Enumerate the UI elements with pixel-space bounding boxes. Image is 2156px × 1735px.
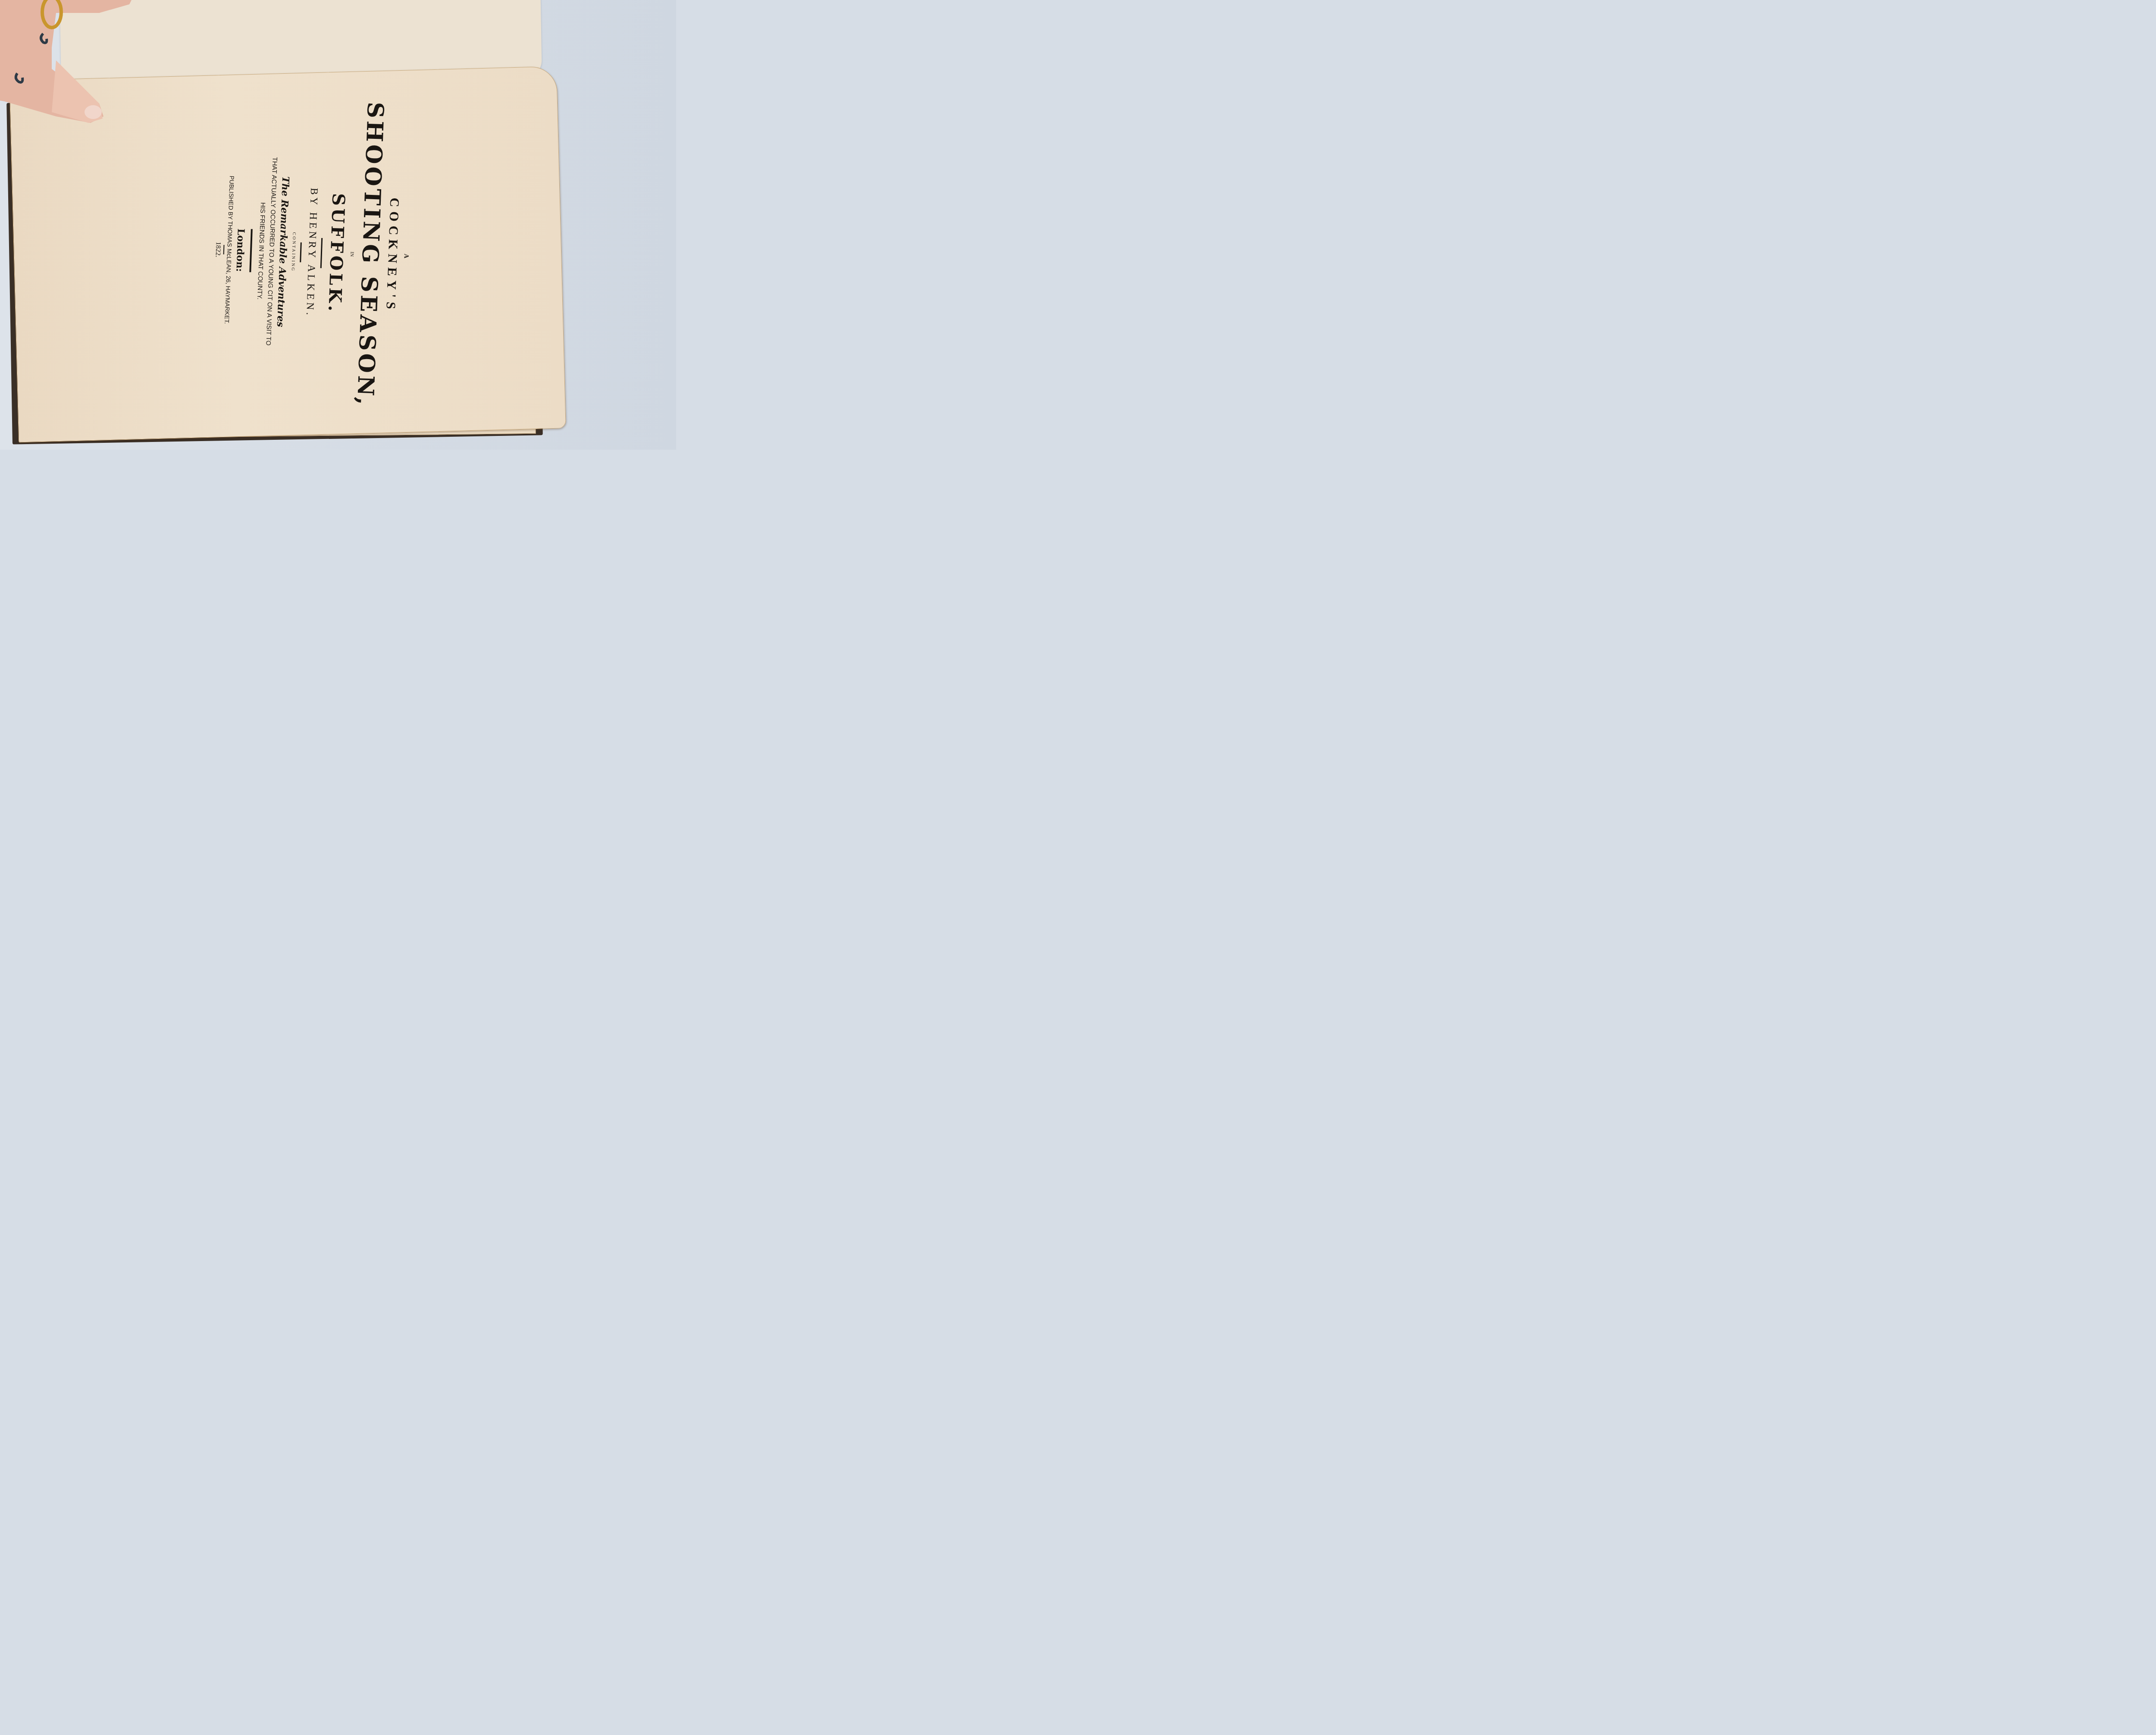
double-rule — [250, 229, 253, 272]
divider-rule — [300, 242, 302, 262]
hand-holding-page — [0, 0, 134, 129]
divider-rule — [320, 238, 323, 268]
short-rule — [223, 245, 225, 254]
